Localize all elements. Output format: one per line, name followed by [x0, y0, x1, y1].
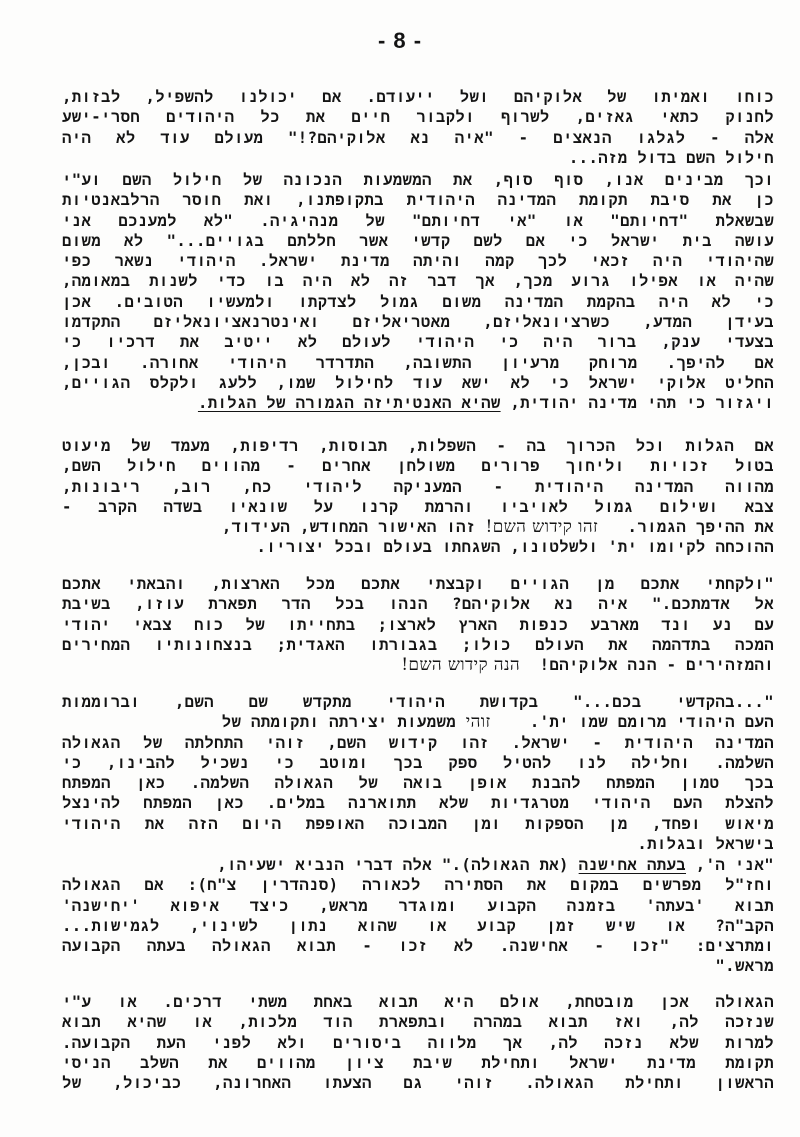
- text-line: המכה בתדהמה את העולם כולו; בגבורתו האגדי…: [62, 635, 774, 655]
- text-line: כי לא היה בהקמת המדינה משום גמול לצדקתו …: [62, 292, 774, 312]
- text-segment: "אני ה',: [686, 856, 774, 874]
- text-line: חילול השם בדול מזה...: [62, 148, 774, 168]
- text-line: בצעדי ענק, ברור היה כי היהודי לעולם לא י…: [62, 332, 774, 352]
- paragraph-2: וכך מבינים אנו, סוף סוף, את המשמעות הנכו…: [62, 170, 774, 414]
- paragraph-3: אם הגלות וכל הכרוך בה - השפלות, תבוסות, …: [62, 436, 774, 558]
- text-line: בישראל ובגלות.: [62, 834, 774, 854]
- handwritten-insert: הנה קידוש השם!: [401, 655, 520, 675]
- text-line: "ולקחתי אתכם מן הגויים וקבצתי אתכם מכל ה…: [62, 574, 774, 594]
- handwritten-insert: זוהי: [466, 712, 491, 732]
- text-line: והמזהירים - הנה אלוקיהם! הנה קידוש השם!: [62, 655, 774, 675]
- text-line: "אני ה', בעתה אחישנה (את הגאולה)." אלה ד…: [62, 855, 774, 875]
- text-line: וחז"ל מפרשים במקום את הסתירה לכאורה (סנה…: [62, 875, 774, 895]
- handwritten-insert: זהו קידוש השם!: [486, 517, 599, 537]
- text-line: בעידן המדע, כשרציונאליזם, מאטריאליזם ואי…: [62, 312, 774, 332]
- paragraph-5: "...בהקדשי בכם..." בקדושת היהודי מתקדש ש…: [62, 692, 774, 854]
- text-line: הקב"ה? או שיש זמן קבוע או שהוא נתון לשינ…: [62, 916, 774, 936]
- text-line: עושה בית ישראל כי אם לשם קדשי אשר חללתם …: [62, 231, 774, 251]
- page-number: - 8 -: [0, 28, 800, 54]
- text-line: ומתרצים: "זכו - אחישנה. לא זכו - תבוא הג…: [62, 936, 774, 956]
- text-line: השלמה. וחלילה לנו להטיל ספק בכך ומוטב כי…: [62, 753, 774, 773]
- text-line: שהיה או אפילו גרוע מכך, אך דבר זה לא היה…: [62, 271, 774, 291]
- text-line: שבשאלת "דחיותם" או "אי דחיותם" של מנהיגי…: [62, 211, 774, 231]
- text-line: הגאולה אכן מובטחת, אולם היא תבוא באחת מש…: [62, 992, 774, 1012]
- text-line: מהווה המדינה היהודית - המעניקה ליהודי כח…: [62, 477, 774, 497]
- text-line: תבוא 'בעתה' בזמנה הקבוע ומוגדר מראש, כיצ…: [62, 896, 774, 916]
- text-line: העם היהודי מרומם שמו ית'. זוהי משמעות יצ…: [62, 712, 774, 732]
- text-line: כן את סיבת תקומת המדינה היהודית בתקופתנו…: [62, 190, 774, 210]
- text-line: ויגזור כי תהי מדינה יהודית, שהיא האנטיתי…: [62, 393, 774, 413]
- text-segment: את ההיפך הגמור.: [628, 518, 774, 536]
- text-line: שנזכה לה, ואז תבוא במהרה ובתפארת הוד מלכ…: [62, 1012, 774, 1032]
- text-line: המדינה היהודית - ישראל. זהו קידוש השם, ז…: [62, 733, 774, 753]
- text-line: אלה - לגלגו הנאצים - "איה נא אלוקיהם?!" …: [62, 128, 774, 148]
- text-segment: והמזהירים - הנה אלוקיהם!: [540, 656, 774, 674]
- text-line: בכך טמון המפתח להבנת אופן בואה של הגאולה…: [62, 773, 774, 793]
- text-line: עם נע ונד מארבע כנפות הארץ לארצו; בתחיית…: [62, 615, 774, 635]
- text-line: מיאוש ופחד, מן הספקות ומן המבוכה האופפת …: [62, 814, 774, 834]
- paragraph-1: כוחו ואמיתו של אלוקיהם ושל ייעודם. אם יכ…: [62, 87, 774, 168]
- text-line: ההוכחה לקיומו ית' ולשלטונו, השגחתו בעולם…: [62, 537, 774, 557]
- text-line: בטול זכויות וליחוך פרורים משולחן אחרים -…: [62, 456, 774, 476]
- text-line: הראשון ותחילת הגאולה. זוהי גם הצעתו האחר…: [62, 1073, 774, 1093]
- paragraph-6: "אני ה', בעתה אחישנה (את הגאולה)." אלה ד…: [62, 855, 774, 977]
- underlined-text: שהיא האנטיתיזה הגמורה של הגלות.: [198, 394, 501, 412]
- text-line: להצלת העם היהודי מטרגדיות שלא תתוארנה במ…: [62, 793, 774, 813]
- text-line: החליט אלוקי ישראל כי לא ישא עוד לחילול ש…: [62, 373, 774, 393]
- text-line: אם להיפך. מרוחק מרעיון התשובה, התדרדר הי…: [62, 353, 774, 373]
- text-line: אם הגלות וכל הכרוך בה - השפלות, תבוסות, …: [62, 436, 774, 456]
- text-line: אל אדמתכם." איה נא אלוקיהם? הנהו בכל הדר…: [62, 594, 774, 614]
- text-line: צבא ושילום גמול לאויביו והרמת קרנו על שו…: [62, 497, 774, 517]
- text-line: וכך מבינים אנו, סוף סוף, את המשמעות הנכו…: [62, 170, 774, 190]
- text-line: תקומת מדינת ישראל ותחילת שיבת ציון מהווי…: [62, 1053, 774, 1073]
- text-line: למרות שלא נזכה לה, אך מלווה ביסורים ולא …: [62, 1033, 774, 1053]
- text-line: לחנוק כתאי גאזים, לשרוף ולקבור חיים את כ…: [62, 107, 774, 127]
- text-line: "...בהקדשי בכם..." בקדושת היהודי מתקדש ש…: [62, 692, 774, 712]
- document-page: - 8 - כוחו ואמיתו של אלוקיהם ושל ייעודם.…: [0, 0, 800, 1137]
- text-segment: משמעות יצירתה ותקומתה של: [222, 713, 466, 731]
- text-segment: (את הגאולה)." אלה דברי הנביא ישעיהו,: [217, 856, 578, 874]
- text-segment: העם היהודי מרומם שמו ית'.: [530, 713, 774, 731]
- text-line: את ההיפך הגמור. זהו קידוש השם! זהו האישו…: [62, 517, 774, 537]
- paragraph-7: הגאולה אכן מובטחת, אולם היא תבוא באחת מש…: [62, 992, 774, 1093]
- paragraph-4: "ולקחתי אתכם מן הגויים וקבצתי אתכם מכל ה…: [62, 574, 774, 675]
- text-line: מראש.": [62, 956, 774, 976]
- text-line: כוחו ואמיתו של אלוקיהם ושל ייעודם. אם יכ…: [62, 87, 774, 107]
- text-segment: ויגזור כי תהי מדינה יהודית,: [501, 394, 774, 412]
- underlined-text: בעתה אחישנה: [579, 856, 686, 874]
- text-line: שהיהודי היה זכאי לכך קמה והיתה מדינת ישר…: [62, 251, 774, 271]
- text-segment: זהו האישור המחודש, העידוד,: [222, 518, 486, 536]
